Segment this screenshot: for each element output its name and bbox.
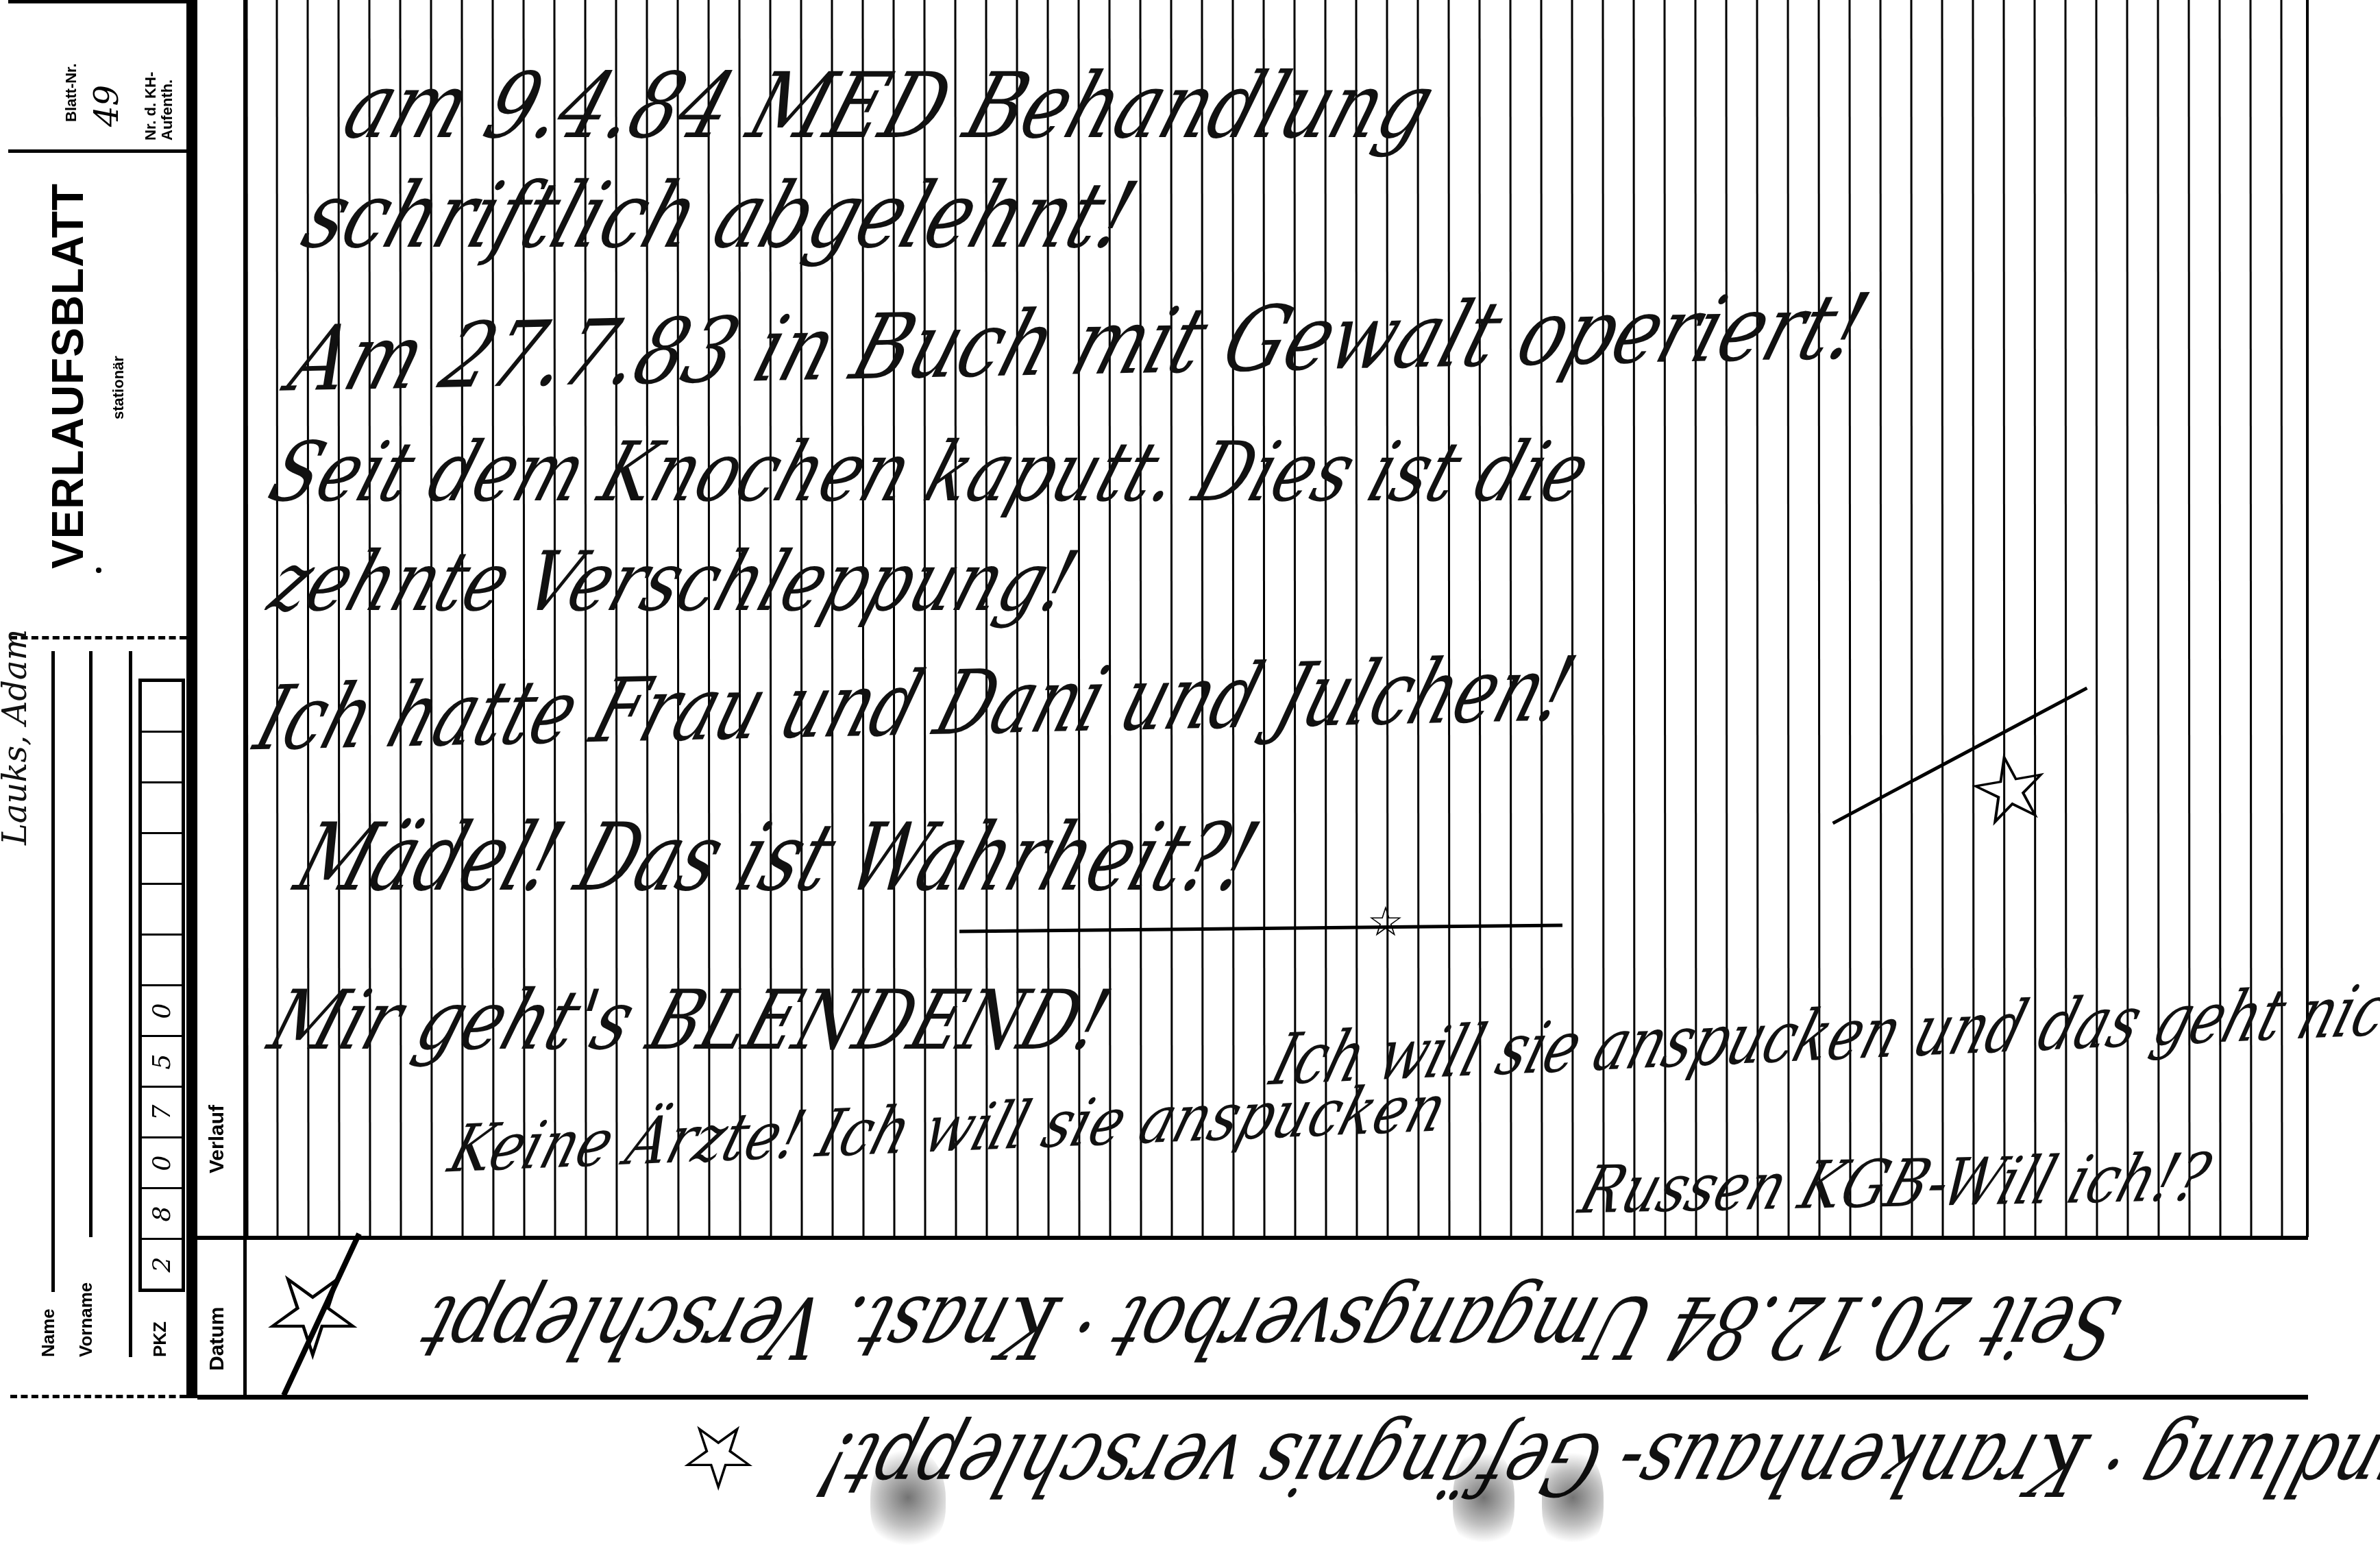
stay-number-label: Nr. d. KH-Aufenth. [143,24,175,141]
sheet-number-value: 49 [88,85,126,127]
pkz-cell: 0 [142,984,182,1035]
sidebar-top-line [8,0,193,3]
main-frame-left-border [191,0,197,1398]
entry-line: Russen KGB-Will ich!? [1571,1139,2219,1229]
name-label: Name [38,1308,59,1357]
progress-column-label: Verlauf [206,1105,229,1173]
sheet-number-label: Blatt-Nr. [63,63,79,122]
entry-line: zehnte Verschleppung! [258,533,1088,629]
pkz-top-line [129,651,132,1357]
entry-line: Am 27.7.83 in Buch mit Gewalt operiert! [278,274,1880,412]
scan-smudge [1453,1446,1514,1549]
underline-wahrheit [959,923,1562,933]
form-title: VERLAUFSBLATT [42,183,93,569]
entry-line: Keine Ärzte! Ich will sie anspucken [441,1070,1456,1187]
sheet-box-bottom-line [8,149,186,153]
pkz-cell: 8 [142,1187,182,1238]
scan-speck [96,568,101,573]
name-field-line [51,651,55,1292]
form-bottom-border [197,1395,2308,1400]
pkz-cell [142,832,182,883]
entry-line: am 9.4.84 MED Behandlung [332,53,1447,158]
first-name-field-line[interactable] [89,651,93,1237]
pkz-cell: 0 [142,1136,182,1187]
first-name-label: Vorname [75,1282,97,1357]
progress-entries[interactable]: am 9.4.84 MED Behandlung schriftlich abg… [247,0,2309,1237]
date-column-label: Datum [206,1307,229,1371]
pkz-cell: 7 [142,1086,182,1136]
pkz-label: PKZ [149,1321,171,1357]
pkz-cell: 5 [142,1035,182,1086]
pkz-cell: 2 [142,1238,182,1289]
entry-line: Seit dem Knochen kaputt. Dies ist die [258,424,1602,520]
entry-line: schriftlich abgelehnt! [291,162,1149,268]
pkz-cell [142,731,182,781]
star-icon: ☆ [260,1247,365,1383]
form-sidebar: Blatt-Nr. 49 Nr. d. KH-Aufenth. VERLAUFS… [0,0,193,1398]
dashed-separator-bottom [10,1395,186,1398]
dashed-separator-top [10,636,186,639]
pkz-cell [142,934,182,984]
scan-smudge [1542,1446,1604,1549]
scan-smudge [870,1446,946,1549]
entry-line: Mir geht's BLENDEND! [258,972,1121,1068]
date-entry-upside-down: Seit 20.12.84 Umgangsverbot · Knast. Ver… [408,1277,2131,1377]
form-subtitle: stationär [110,356,127,419]
star-icon: ☆ [1367,898,1404,946]
pkz-field[interactable]: 2 8 0 7 5 0 [138,679,185,1292]
name-field-value[interactable]: Lauks, Adam [0,629,34,845]
entry-line: Mädel! Das ist Wahrheit?! [284,803,1271,912]
star-icon: ☆ [678,1405,759,1509]
pkz-cell [142,781,182,832]
pkz-cell [142,682,182,731]
entry-line: Ich hatte Frau und Dani und Julchen! [244,637,1586,770]
pkz-cell [142,883,182,934]
